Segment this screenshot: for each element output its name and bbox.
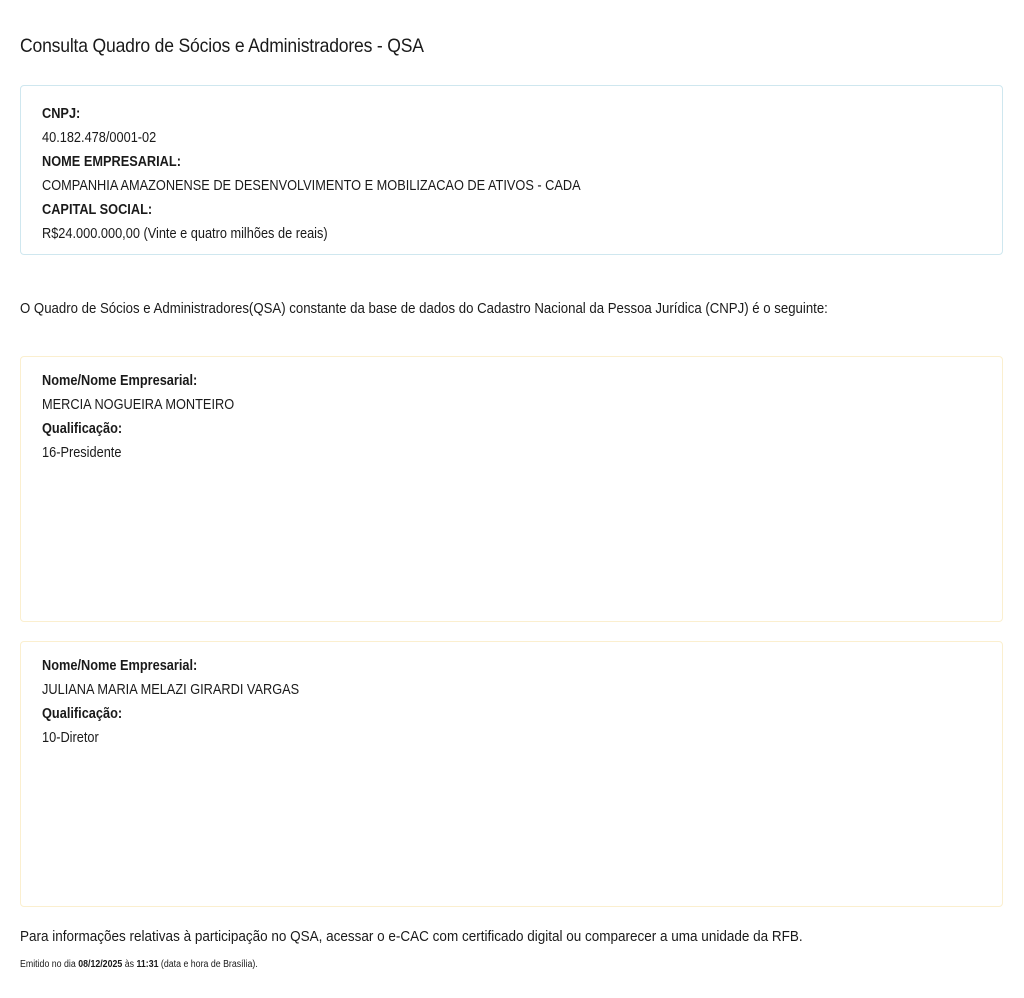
intro-text: O Quadro de Sócios e Administradores(QSA…: [20, 297, 828, 321]
partner-qualification-value: 10-Diretor: [42, 726, 299, 750]
footer-note: Para informações relativas à participaçã…: [20, 925, 803, 949]
company-fields: CNPJ: 40.182.478/0001-02 NOME EMPRESARIA…: [42, 102, 654, 246]
company-name-value: COMPANHIA AMAZONENSE DE DESENVOLVIMENTO …: [42, 174, 581, 198]
emitted-suffix: (data e hora de Brasília).: [158, 959, 257, 970]
cnpj-value: 40.182.478/0001-02: [42, 126, 581, 150]
capital-value: R$24.000.000,00 (Vinte e quatro milhões …: [42, 222, 581, 246]
cnpj-label: CNPJ:: [42, 102, 581, 126]
partner-name-label: Nome/Nome Empresarial:: [42, 654, 299, 678]
partner-qualification-label: Qualificação:: [42, 417, 234, 441]
emitted-time: 11:31: [136, 959, 158, 970]
capital-label: CAPITAL SOCIAL:: [42, 198, 581, 222]
partner-name-value: JULIANA MARIA MELAZI GIRARDI VARGAS: [42, 678, 299, 702]
partner-qualification-value: 16-Presidente: [42, 441, 234, 465]
company-info-box: CNPJ: 40.182.478/0001-02 NOME EMPRESARIA…: [20, 85, 1003, 255]
emitted-date: 08/12/2025: [78, 959, 122, 970]
partner-fields: Nome/Nome Empresarial: MERCIA NOGUEIRA M…: [42, 369, 260, 465]
partner-card: Nome/Nome Empresarial: MERCIA NOGUEIRA M…: [20, 356, 1003, 622]
emitted-prefix: Emitido no dia: [20, 959, 78, 970]
company-name-label: NOME EMPRESARIAL:: [42, 150, 581, 174]
partner-fields: Nome/Nome Empresarial: JULIANA MARIA MEL…: [42, 654, 334, 750]
partner-name-label: Nome/Nome Empresarial:: [42, 369, 234, 393]
page-title: Consulta Quadro de Sócios e Administrado…: [20, 35, 424, 58]
partner-qualification-label: Qualificação:: [42, 702, 299, 726]
emitted-middle: às: [122, 959, 136, 970]
partner-card: Nome/Nome Empresarial: JULIANA MARIA MEL…: [20, 641, 1003, 907]
emission-timestamp: Emitido no dia 08/12/2025 às 11:31 (data…: [20, 957, 258, 973]
partner-name-value: MERCIA NOGUEIRA MONTEIRO: [42, 393, 234, 417]
